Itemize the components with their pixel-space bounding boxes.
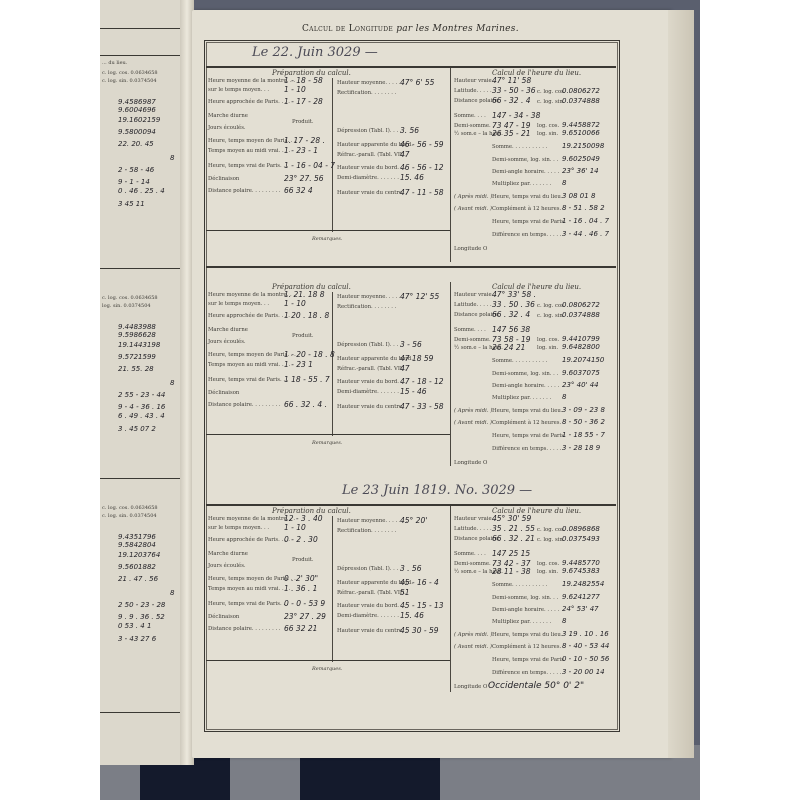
- entry-date: Le 22. Juin 3029 —: [252, 45, 378, 60]
- value-hauteur_vraie_bord: 45 - 15 - 13: [400, 601, 444, 610]
- label-distance_polaire: Distance polaire. . . . . . . . .: [208, 626, 281, 632]
- label-distance_polaire: Distance polaire. . . . . . . . .: [208, 188, 281, 194]
- label-difference_temps: Différence en temps. . . . .: [492, 670, 561, 676]
- label-heure_temps_vrai_lieu: Heure, temps vrai du lieu.: [492, 194, 562, 200]
- label-apres-midi: ( Après midi. ): [454, 194, 492, 200]
- label-heure_moyenne_montre: Heure moyenne de la montre. . .: [208, 292, 295, 298]
- value-sur_temps_moyen: 1 - 10: [284, 85, 306, 94]
- label-complement_12h: Complément à 12 heures. .: [492, 644, 565, 650]
- value-refrac_parall: 51: [400, 588, 410, 597]
- value-heure_approchee: 1 20 . 18 . 8: [284, 311, 329, 320]
- value-refrac_parall: 47: [400, 150, 410, 159]
- label-avant-midi: ( Avant midi. ): [454, 206, 492, 212]
- left-page-h3: 0 . 46 . 25 . 4: [118, 187, 165, 195]
- left-page-half: 9.5601882: [118, 563, 156, 571]
- value-somme: 147 25 15: [492, 549, 530, 558]
- label-marche_diurne: Marche diurne: [208, 113, 248, 119]
- left-page-diff: 3 45 11: [118, 200, 145, 208]
- remarques-label: Remarques.: [312, 440, 342, 446]
- label-hauteur_vraie_centre: Hauteur vraie du centre. .: [337, 628, 407, 634]
- value-log-cos: 9.4410799: [562, 335, 600, 343]
- value-log-sin: 9.6510066: [562, 129, 600, 137]
- label-heure_temps_moyen_paris: Heure, temps moyen de Paris. . .: [208, 576, 296, 582]
- label-demi_diametre: Demi-diamètre. . . . . . .: [337, 175, 399, 181]
- value-heure_temps_vrai_paris: 0 - 0 - 53 9: [284, 599, 325, 608]
- value-log-cos: 9.4485770: [562, 559, 600, 567]
- label-log-cos: log. cos.: [537, 123, 559, 129]
- value-heure_temps_vrai_paris: 1 18 - 55 . 7: [284, 375, 330, 384]
- value-difference_temps: 3 - 20 00 14: [562, 668, 605, 676]
- value-demi_angle_horaire: 23° 40' 44: [562, 381, 599, 389]
- left-page-s2: 9.5842804: [118, 541, 156, 549]
- left-page-log-cos: c. log. cos. 0.0634658: [102, 295, 158, 301]
- remarques-label: Remarques.: [312, 666, 342, 672]
- value-distance-log: 0.0374888: [562, 311, 600, 319]
- divider-calc: [450, 506, 451, 692]
- remarques-rule: [206, 434, 450, 435]
- value-somme_r: 19.2150098: [562, 142, 604, 150]
- value-heure_temps_moyen_paris: 1. 17 - 28 .: [284, 136, 325, 145]
- value-heure_temps_vrai_lieu: 3 19 . 10 . 16: [562, 630, 609, 638]
- label-heure_temps_vrai_paris_r: Heure, temps vrai de Paris.: [492, 657, 566, 663]
- left-page-angle: 21 . 47 . 56: [118, 575, 158, 583]
- value-heure_approchee: 1 - 17 - 28: [284, 97, 323, 106]
- label-latitude: Latitude. . . . .: [454, 88, 492, 94]
- value-hauteur_vraie: 47° 11' 58: [492, 76, 531, 85]
- value-somme_r: 19.2482554: [562, 580, 604, 588]
- value-heure_temps_moyen_paris: 0 . 2' 30": [284, 574, 318, 583]
- value-hauteur_vraie_centre: 47 - 11 - 58: [400, 188, 444, 197]
- value-longitude: Occidentale 50° 0' 2": [488, 681, 584, 691]
- value-latitude-log: 0.0806272: [562, 87, 600, 95]
- value-somme: 147 - 34 - 38: [492, 111, 540, 120]
- divider-prep: [332, 292, 333, 436]
- value-refrac_parall: 47: [400, 364, 410, 373]
- value-heure_temps_vrai_paris: 1 - 16 . 04 . 7: [562, 217, 609, 225]
- label-longitude: Longitude O: [454, 460, 487, 466]
- value-demi_diametre: 15. 46: [400, 173, 424, 182]
- value-hauteur_vraie_centre: 47 - 33 - 58: [400, 402, 444, 411]
- label-heure_approchee: Heure approchée de Paris. . . .: [208, 99, 290, 105]
- label-log-cos: log. cos.: [537, 337, 559, 343]
- label-refrac_parall: Réfrac.-parall. (Tabl. VII).: [337, 366, 406, 372]
- entry-date: Le 23 Juin 1819. No. 3029 —: [342, 483, 532, 498]
- value-latitude: 33 - 50 - 36: [492, 86, 536, 95]
- label-temps_moyen_midi: Temps moyen au midi vrai. . . .: [208, 148, 290, 154]
- left-page-diff: 3 . 45 07 2: [118, 425, 156, 433]
- label-marche_diurne: Marche diurne: [208, 327, 248, 333]
- label-heure_temps_vrai_paris_r: Heure, temps vrai de Paris.: [492, 433, 566, 439]
- value-latitude-log: 0.0806272: [562, 301, 600, 309]
- label-heure_temps_moyen_paris: Heure, temps moyen de Paris. . .: [208, 352, 296, 358]
- label-jours_ecoules: Jours écoulés.: [208, 339, 246, 345]
- value-sur_temps_moyen: 1 - 10: [284, 299, 306, 308]
- label-heure_temps_vrai_paris: Heure, temps vrai de Paris. . .: [208, 377, 288, 383]
- value-demi_somme_moins: 28 11 - 38: [492, 567, 531, 576]
- label-depression: Dépression (Tabl. I). . . .: [337, 566, 402, 572]
- block-rule: [206, 266, 616, 268]
- left-page-somme: 19.1203764: [118, 551, 160, 559]
- divider-prep: [332, 516, 333, 662]
- value-heure_temps_vrai_paris: 0 - 10 - 50 56: [562, 655, 609, 663]
- photo-background: ... du lieu. c. log. cos. 0.0634658c. lo…: [100, 0, 700, 800]
- value-distance-log: 0.0374888: [562, 97, 600, 105]
- label-temps_moyen_midi: Temps moyen au midi vrai. . . .: [208, 586, 290, 592]
- label-multipliez_par: Multipliez par. . . . . . .: [492, 395, 551, 401]
- label-produit: Produit.: [292, 119, 314, 125]
- remarques-label: Remarques.: [312, 236, 342, 242]
- value-demi_somme_log_sin: 9.6025049: [562, 155, 600, 163]
- label-multipliez_par: Multipliez par. . . . . . .: [492, 619, 551, 625]
- value-hauteur_moyenne: 47° 12' 55: [400, 292, 439, 301]
- left-page-s1: 9.4586987: [118, 98, 156, 106]
- value-depression: 3. 56: [400, 126, 419, 135]
- label-demi_angle_horaire: Demi-angle horaire. . . . .: [492, 383, 559, 389]
- label-sur_temps_moyen: sur le temps moyen. . .: [208, 87, 269, 93]
- label-hauteur_vraie_centre: Hauteur vraie du centre. .: [337, 404, 407, 410]
- label-demi_somme: Demi-somme. .: [454, 337, 494, 343]
- value-log-sin: 9.6745383: [562, 567, 600, 575]
- value-latitude-log: 0.0896868: [562, 525, 600, 533]
- label-apres-midi: ( Après midi. ): [454, 408, 492, 414]
- left-page-h3: 0 53 . 4 1: [118, 622, 151, 630]
- label-jours_ecoules: Jours écoulés.: [208, 125, 246, 131]
- value-hauteur_apparente: 45 - 16 - 4: [400, 578, 439, 587]
- label-somme: Somme. . . .: [454, 551, 486, 557]
- value-demi_diametre: 15. 46: [400, 611, 424, 620]
- label-declinaison: Déclinaison: [208, 176, 239, 182]
- value-temps_moyen_midi: 1 - 23 1: [284, 360, 313, 369]
- label-demi_diametre: Demi-diamètre. . . . . . .: [337, 613, 399, 619]
- label-c-log-sin: c. log. sin.: [537, 537, 564, 543]
- page-title: Calcul de Longitude par les Montres Mari…: [302, 24, 519, 34]
- label-demi_somme_log_sin: Demi-somme, log. sin. . .: [492, 371, 558, 377]
- left-page-angle: 21. 55. 28: [118, 365, 154, 373]
- value-demi_somme_log_sin: 9.6037075: [562, 369, 600, 377]
- left-page-angle: 22. 20. 45: [118, 140, 154, 148]
- value-distance_polaire: 66 32 21: [284, 624, 317, 633]
- label-rectification: Rectification. . . . . . . .: [337, 528, 396, 534]
- left-page-s1: 9.4351796: [118, 533, 156, 541]
- label-complement_12h: Complément à 12 heures. .: [492, 420, 565, 426]
- left-page-mult: 8: [170, 379, 174, 387]
- left-page-s2: 9.6004696: [118, 106, 156, 114]
- left-page-log-sin: c. log. sin. 0.0374504: [102, 513, 157, 519]
- value-somme_r: 19.2074150: [562, 356, 604, 364]
- label-hauteur_vraie: Hauteur vraie. .: [454, 292, 497, 298]
- left-page-h1: 2 55 - 23 - 44: [118, 391, 165, 399]
- label-depression: Dépression (Tabl. I). . . .: [337, 128, 402, 134]
- label-apres-midi: ( Après midi. ): [454, 632, 492, 638]
- left-page-s2: 9.5986628: [118, 331, 156, 339]
- left-page-half: 9.5721599: [118, 353, 156, 361]
- label-log-cos: log. cos.: [537, 561, 559, 567]
- label-heure_moyenne_montre: Heure moyenne de la montre. . .: [208, 78, 295, 84]
- left-page-log-cos: c. log. cos. 0.0634658: [102, 505, 158, 511]
- left-page-log-sin: c. log. sin. 0.0374504: [102, 78, 157, 84]
- value-demi_somme_moins: 26 24 21: [492, 343, 525, 352]
- value-difference_temps: 3 - 28 18 9: [562, 444, 600, 452]
- value-multipliez_par: 8: [562, 393, 566, 401]
- divider-calc: [450, 68, 451, 262]
- value-heure_moyenne_montre: 12 - 3 . 40: [284, 514, 323, 523]
- label-demi_somme: Demi-somme. .: [454, 123, 494, 129]
- label-hauteur_vraie_centre: Hauteur vraie du centre. .: [337, 190, 407, 196]
- label-avant-midi: ( Avant midi. ): [454, 644, 492, 650]
- label-hauteur_vraie: Hauteur vraie. .: [454, 516, 497, 522]
- label-sur_temps_moyen: sur le temps moyen. . .: [208, 301, 269, 307]
- label-heure_temps_vrai_paris: Heure, temps vrai de Paris. . .: [208, 163, 288, 169]
- value-demi_somme_moins: 26 35 - 21: [492, 129, 531, 138]
- value-heure_temps_vrai_paris: 1 - 18 55 - 7: [562, 431, 605, 439]
- label-demi_diametre: Demi-diamètre. . . . . . .: [337, 389, 399, 395]
- value-hauteur_vraie: 45° 30' 59: [492, 514, 531, 523]
- label-difference_temps: Différence en temps. . . . .: [492, 232, 561, 238]
- label-hauteur_vraie_bord: Hauteur vraie du bord. . .: [337, 165, 406, 171]
- value-hauteur_apparente: 47 18 59: [400, 354, 433, 363]
- value-complement_12h: 8 - 50 - 36 2: [562, 418, 605, 426]
- left-page-s1: 9.4483988: [118, 323, 156, 331]
- label-declinaison: Déclinaison: [208, 390, 239, 396]
- label-longitude: Longitude O: [454, 684, 487, 690]
- title-caps: Calcul de Longitude: [302, 24, 393, 34]
- remarques-rule: [206, 660, 450, 661]
- label-marche_diurne: Marche diurne: [208, 551, 248, 557]
- label-refrac_parall: Réfrac.-parall. (Tabl. VII).: [337, 152, 406, 158]
- value-hauteur_moyenne: 47° 6' 55: [400, 78, 434, 87]
- label-demi_angle_horaire: Demi-angle horaire. . . . .: [492, 607, 559, 613]
- label-log-sin: log. sin.: [537, 569, 558, 575]
- value-log-sin: 9.6482800: [562, 343, 600, 351]
- value-declinaison: 23° 27 . 29: [284, 612, 326, 621]
- value-distance_polaire: 66 - 32 . 4: [492, 96, 531, 105]
- label-hauteur_moyenne: Hauteur moyenne. . . . . . .: [337, 518, 407, 524]
- label-heure_approchee: Heure approchée de Paris. . . .: [208, 313, 290, 319]
- label-longitude: Longitude O: [454, 246, 487, 252]
- label-heure_approchee: Heure approchée de Paris. . . .: [208, 537, 290, 543]
- value-distance_polaire: 66 32 4: [284, 186, 313, 195]
- value-latitude: 33 . 50 . 36: [492, 300, 535, 309]
- label-heure_temps_vrai_paris_r: Heure, temps vrai de Paris.: [492, 219, 566, 225]
- value-hauteur_apparente: 46 - 56 - 59: [400, 140, 444, 149]
- date-rule: [206, 504, 616, 506]
- label-complement_12h: Complément à 12 heures. .: [492, 206, 565, 212]
- value-difference_temps: 3 - 44 . 46 . 7: [562, 230, 609, 238]
- label-latitude: Latitude. . . . .: [454, 302, 492, 308]
- label-demi_somme_log_sin: Demi-somme, log. sin. . .: [492, 595, 558, 601]
- divider-prep: [332, 78, 333, 232]
- value-demi_angle_horaire: 24° 53' 47: [562, 605, 599, 613]
- label-demi_angle_horaire: Demi-angle horaire. . . . .: [492, 169, 559, 175]
- label-hauteur_vraie_bord: Hauteur vraie du bord. . .: [337, 379, 406, 385]
- divider-calc: [450, 282, 451, 466]
- label-somme_r: Somme. . . . . . . . . . .: [492, 358, 547, 364]
- value-heure_temps_vrai_lieu: 3 08 01 8: [562, 192, 595, 200]
- label-heure_moyenne_montre: Heure moyenne de la montre. . .: [208, 516, 295, 522]
- left-page: ... du lieu. c. log. cos. 0.0634658c. lo…: [100, 0, 184, 765]
- label-hauteur_moyenne: Hauteur moyenne. . . . . . .: [337, 294, 407, 300]
- label-heure_temps_moyen_paris: Heure, temps moyen de Paris. . .: [208, 138, 296, 144]
- label-somme_r: Somme. . . . . . . . . . .: [492, 144, 547, 150]
- label-log-sin: log. sin.: [537, 131, 558, 137]
- value-hauteur_moyenne: 45° 20': [400, 516, 427, 525]
- value-multipliez_par: 8: [562, 179, 566, 187]
- left-page-somme: 19.1443198: [118, 341, 160, 349]
- left-page-h1: 2 50 - 23 - 28: [118, 601, 165, 609]
- value-demi_angle_horaire: 23° 36' 14: [562, 167, 599, 175]
- label-heure_temps_vrai_paris: Heure, temps vrai de Paris. . .: [208, 601, 288, 607]
- label-latitude: Latitude. . . . .: [454, 526, 492, 532]
- logbook-page: Calcul de Longitude par les Montres Mari…: [192, 10, 670, 758]
- label-log-sin: log. sin.: [537, 345, 558, 351]
- label-demi_somme_log_sin: Demi-somme, log. sin. . .: [492, 157, 558, 163]
- value-log-cos: 9.4458872: [562, 121, 600, 129]
- label-hauteur_vraie_bord: Hauteur vraie du bord. . .: [337, 603, 406, 609]
- label-avant-midi: ( Avant midi. ): [454, 420, 492, 426]
- left-heading: ... du lieu.: [102, 60, 127, 66]
- value-somme: 147 56 38: [492, 325, 530, 334]
- value-hauteur_vraie_centre: 45 30 - 59: [400, 626, 439, 635]
- label-heure_temps_vrai_lieu: Heure, temps vrai du lieu.: [492, 408, 562, 414]
- left-page-h1: 2 - 58 - 46: [118, 166, 154, 174]
- label-depression: Dépression (Tabl. I). . . .: [337, 342, 402, 348]
- left-page-h2: 9 . 9 . 36 . 52: [118, 613, 165, 621]
- left-page-diff: 3 - 43 27 6: [118, 635, 156, 643]
- label-rectification: Rectification. . . . . . . .: [337, 90, 396, 96]
- date-rule: [206, 66, 616, 68]
- label-declinaison: Déclinaison: [208, 614, 239, 620]
- left-page-mult: 8: [170, 154, 174, 162]
- left-page-half: 9.5800094: [118, 128, 156, 136]
- value-complement_12h: 8 - 40 - 53 44: [562, 642, 609, 650]
- value-heure_approchee: 0 - 2 . 30: [284, 535, 318, 544]
- label-distance_polaire: Distance polaire. . . . . . . . .: [208, 402, 281, 408]
- label-hauteur_vraie: Hauteur vraie. .: [454, 78, 497, 84]
- value-temps_moyen_midi: 1 - 23 - 1: [284, 146, 318, 155]
- label-refrac_parall: Réfrac.-parall. (Tabl. VII).: [337, 590, 406, 596]
- value-temps_moyen_midi: 1 . 36 . 1: [284, 584, 317, 593]
- label-somme: Somme. . . .: [454, 113, 486, 119]
- label-demi_somme: Demi-somme. .: [454, 561, 494, 567]
- value-sur_temps_moyen: 1 - 10: [284, 523, 306, 532]
- value-distance_polaire: 66 . 32 . 21: [492, 534, 535, 543]
- label-multipliez_par: Multipliez par. . . . . . .: [492, 181, 551, 187]
- value-multipliez_par: 8: [562, 617, 566, 625]
- left-page-log-cos: c. log. cos. 0.0634658: [102, 70, 158, 76]
- label-heure_temps_vrai_lieu: Heure, temps vrai du lieu.: [492, 632, 562, 638]
- label-c-log-sin: c. log. sin.: [537, 99, 564, 105]
- value-hauteur_vraie_bord: 46 - 56 - 12: [400, 163, 444, 172]
- label-somme: Somme. . . .: [454, 327, 486, 333]
- value-heure_temps_vrai_lieu: 3 - 09 - 23 8: [562, 406, 605, 414]
- left-page-h2: 9 - 1 - 14: [118, 178, 150, 186]
- label-difference_temps: Différence en temps. . . . .: [492, 446, 561, 452]
- label-hauteur_moyenne: Hauteur moyenne. . . . . . .: [337, 80, 407, 86]
- value-hauteur_vraie_bord: 47 - 18 - 12: [400, 377, 444, 386]
- value-hauteur_vraie: 47° 33' 58 .: [492, 290, 536, 299]
- label-somme_r: Somme. . . . . . . . . . .: [492, 582, 547, 588]
- value-depression: 3 . 56: [400, 564, 421, 573]
- label-produit: Produit.: [292, 557, 314, 563]
- left-page-log-sin: log. sin. 0.0374504: [102, 303, 151, 309]
- label-produit: Produit.: [292, 333, 314, 339]
- left-page-h3: 6 . 49 . 43 . 4: [118, 412, 165, 420]
- value-heure_temps_vrai_paris: 1 - 16 - 04 - 7: [284, 161, 335, 170]
- label-jours_ecoules: Jours écoulés.: [208, 563, 246, 569]
- value-depression: 3 - 56: [400, 340, 422, 349]
- label-sur_temps_moyen: sur le temps moyen. . .: [208, 525, 269, 531]
- value-demi_somme_log_sin: 9.6241277: [562, 593, 600, 601]
- value-heure_moyenne_montre: 1 - 18 - 58: [284, 76, 323, 85]
- label-c-log-sin: c. log. sin.: [537, 313, 564, 319]
- title-italic: par les Montres Marines.: [396, 24, 519, 34]
- value-distance_polaire: 66 . 32 . 4 .: [284, 400, 327, 409]
- left-page-mult: 8: [170, 589, 174, 597]
- value-distance_polaire: 66 . 32 . 4: [492, 310, 530, 319]
- value-complement_12h: 8 - 51 . 58 2: [562, 204, 605, 212]
- value-heure_temps_moyen_paris: 1 - 20 - 18 . 8: [284, 350, 335, 359]
- left-page-somme: 19.1602159: [118, 116, 160, 124]
- label-rectification: Rectification. . . . . . . .: [337, 304, 396, 310]
- value-latitude: 35 . 21 . 55: [492, 524, 535, 533]
- value-declinaison: 23° 27. 56: [284, 174, 324, 183]
- value-demi_diametre: 15 - 46: [400, 387, 427, 396]
- left-page-h2: 9 - 4 - 36 . 16: [118, 403, 165, 411]
- value-heure_moyenne_montre: 1. 21. 18 8: [284, 290, 325, 299]
- value-distance-log: 0.0375493: [562, 535, 600, 543]
- label-temps_moyen_midi: Temps moyen au midi vrai. . . .: [208, 362, 290, 368]
- remarques-rule: [206, 230, 450, 231]
